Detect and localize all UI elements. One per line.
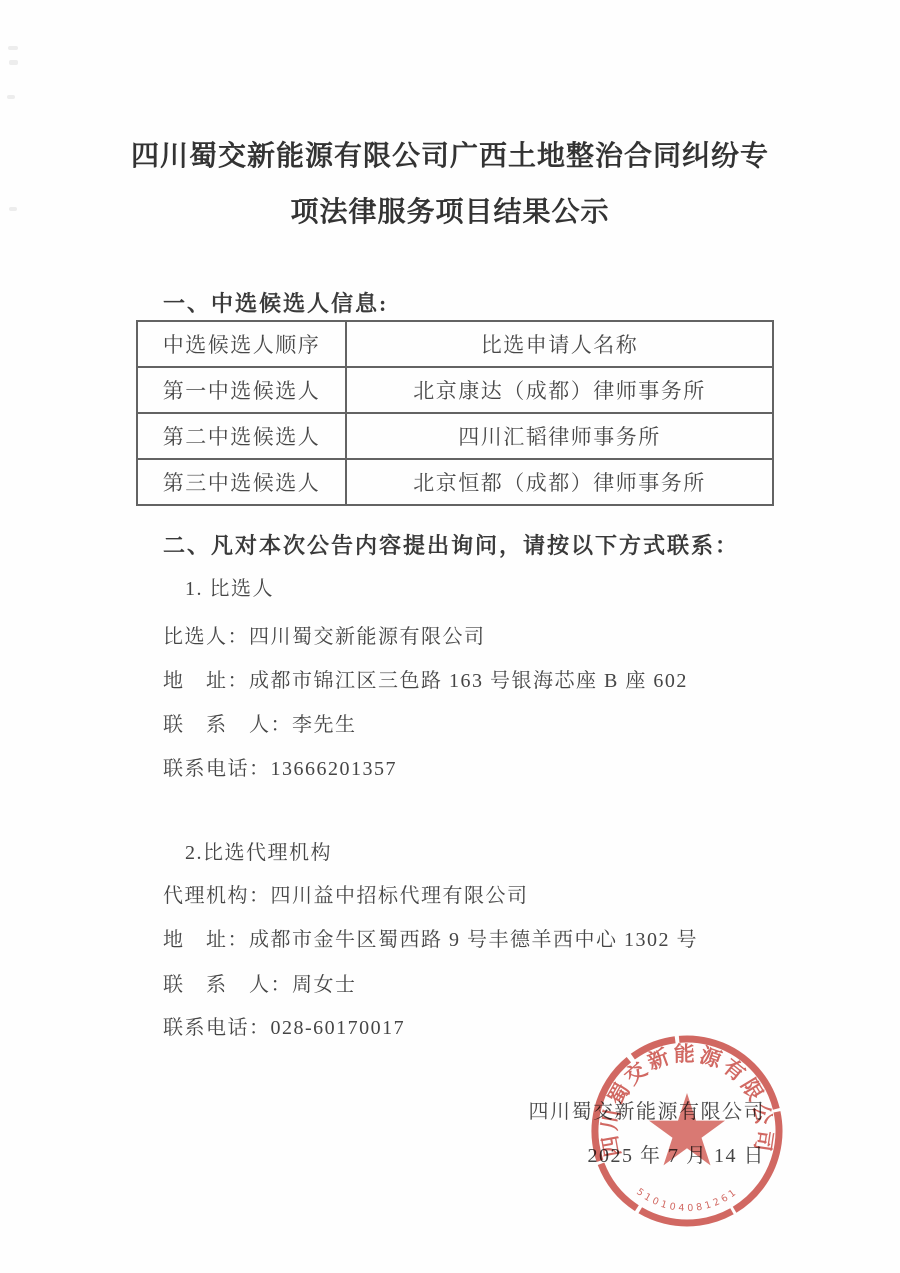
signature-date: 2025 年 7 月 14 日 xyxy=(588,1139,766,1168)
seal-ring xyxy=(577,1021,797,1241)
bidder-subheading: 1. 比选人 xyxy=(185,572,274,601)
table-cell-order: 第一中选候选人 xyxy=(137,367,346,413)
bidder-contact-line: 联 系 人：李先生 xyxy=(163,708,357,737)
table-row: 第三中选候选人 北京恒都（成都）律师事务所 xyxy=(137,459,773,505)
document-title: 四川蜀交新能源有限公司广西土地整治合同纠纷专 项法律服务项目结果公示 xyxy=(60,129,840,241)
table-header-order: 中选候选人顺序 xyxy=(137,321,346,367)
table-cell-applicant: 北京恒都（成都）律师事务所 xyxy=(346,459,773,505)
document-page: 四川蜀交新能源有限公司广西土地整治合同纠纷专 项法律服务项目结果公示 一、中选候… xyxy=(0,0,900,1273)
table-cell-order: 第三中选候选人 xyxy=(137,459,346,505)
agency-name-line: 代理机构：四川益中招标代理有限公司 xyxy=(163,879,529,908)
section2-heading: 二、凡对本次公告内容提出询问，请按以下方式联系： xyxy=(163,529,739,560)
table-header-row: 中选候选人顺序 比选申请人名称 xyxy=(137,321,773,367)
table-cell-applicant: 北京康达（成都）律师事务所 xyxy=(346,367,773,413)
scan-speck xyxy=(7,95,15,99)
scan-speck xyxy=(9,60,18,65)
bidder-address-line: 地 址：成都市锦江区三色路 163 号银海芯座 B 座 602 xyxy=(163,664,688,693)
table-header-applicant: 比选申请人名称 xyxy=(346,321,773,367)
scan-speck xyxy=(8,46,18,50)
document-title-line1: 四川蜀交新能源有限公司广西土地整治合同纠纷专 xyxy=(60,129,840,185)
company-seal-stamp: 四川蜀交新能源有限公司 5101040812617 xyxy=(577,1021,797,1241)
table-row: 第一中选候选人 北京康达（成都）律师事务所 xyxy=(137,367,773,413)
bidder-phone-line: 联系电话：13666201357 xyxy=(163,752,397,781)
agency-address-line: 地 址：成都市金牛区蜀西路 9 号丰德羊西中心 1302 号 xyxy=(163,923,698,952)
table-cell-applicant: 四川汇韬律师事务所 xyxy=(346,413,773,459)
table-cell-order: 第二中选候选人 xyxy=(137,413,346,459)
table-row: 第二中选候选人 四川汇韬律师事务所 xyxy=(137,413,773,459)
agency-phone-line: 联系电话：028-60170017 xyxy=(163,1011,405,1040)
document-title-line2: 项法律服务项目结果公示 xyxy=(60,185,840,241)
agency-subheading: 2.比选代理机构 xyxy=(185,836,332,865)
section1-heading: 一、中选候选人信息: xyxy=(163,287,388,318)
signature-company: 四川蜀交新能源有限公司 xyxy=(529,1095,766,1124)
agency-contact-line: 联 系 人：周女士 xyxy=(163,968,357,997)
winner-table: 中选候选人顺序 比选申请人名称 第一中选候选人 北京康达（成都）律师事务所 第二… xyxy=(136,320,774,506)
scan-speck xyxy=(9,207,17,211)
bidder-name-line: 比选人：四川蜀交新能源有限公司 xyxy=(163,620,486,649)
